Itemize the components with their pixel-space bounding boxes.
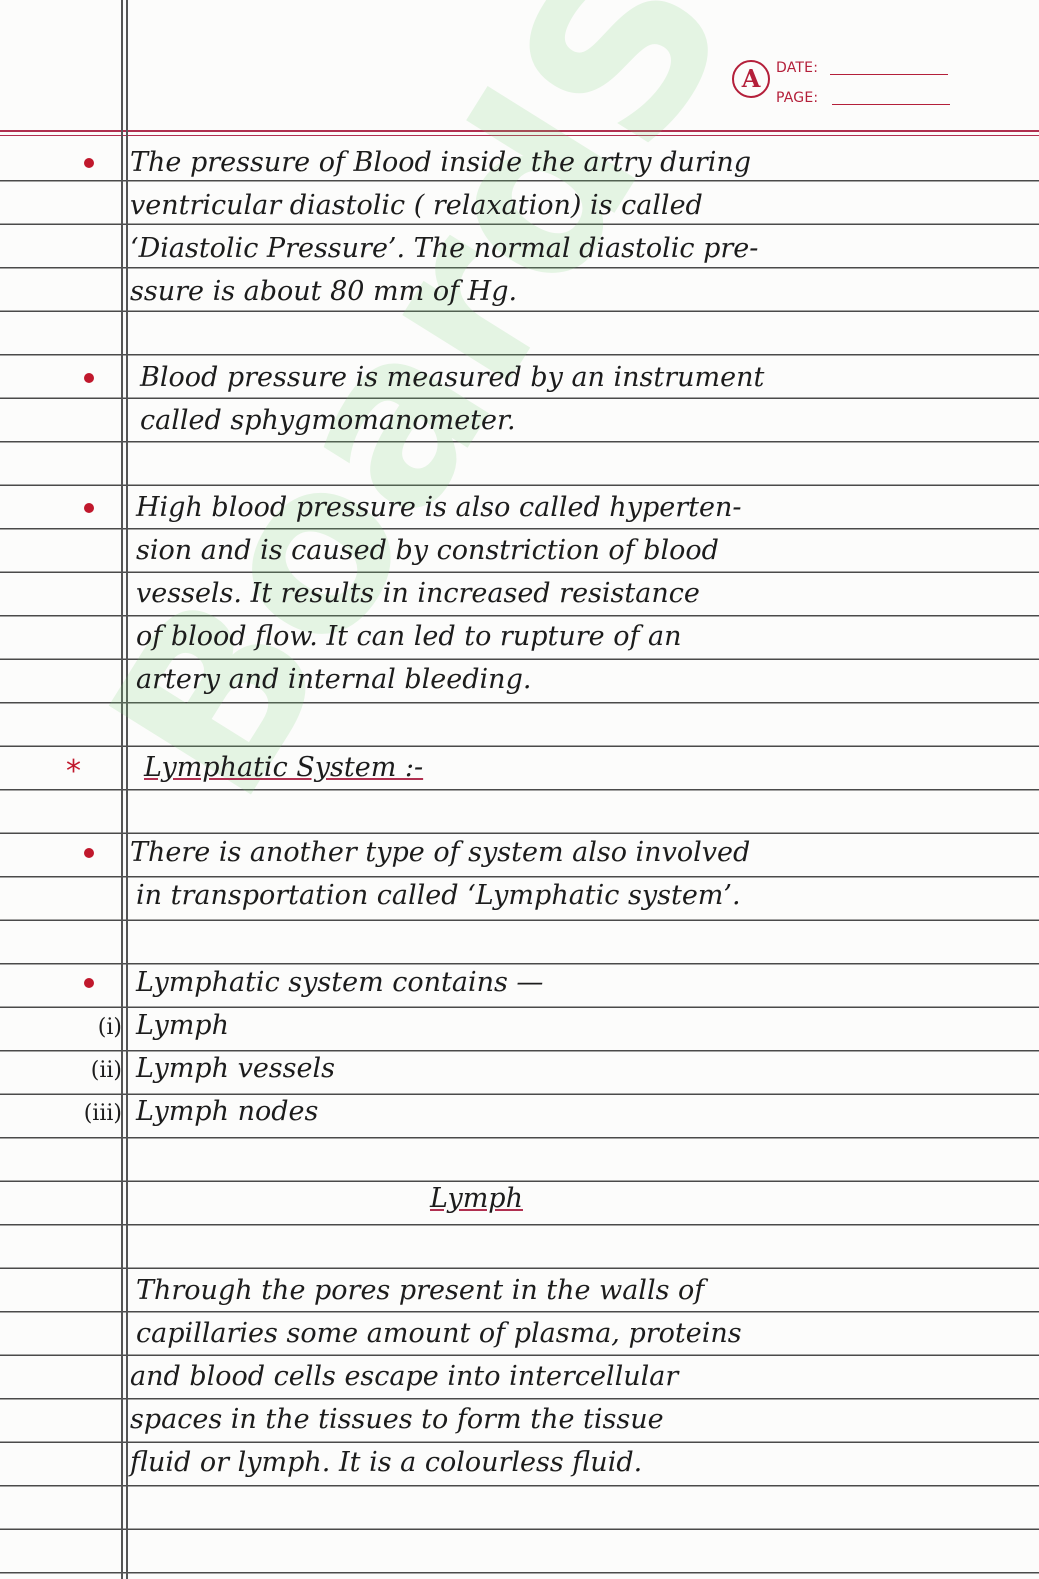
text-line: ventricular diastolic ( relaxation) is c…	[130, 191, 703, 221]
date-line	[830, 74, 948, 75]
text-line: Blood pressure is measured by an instrum…	[140, 363, 764, 393]
date-label: DATE:	[776, 60, 818, 76]
text-line: spaces in the tissues to form the tissue	[130, 1405, 664, 1435]
text-line: Through the pores present in the walls o…	[136, 1276, 704, 1306]
text-line: artery and internal bleeding.	[136, 665, 531, 695]
page-line	[832, 104, 950, 105]
text-line: sion and is caused by constriction of bl…	[136, 536, 719, 566]
text-line: called sphygmomanometer.	[140, 406, 516, 436]
text-line: There is another type of system also inv…	[130, 838, 750, 868]
brand-logo-icon: A	[732, 60, 770, 98]
margin-line-2	[126, 0, 128, 1579]
list-marker: (iii)	[62, 1101, 122, 1126]
date-page-header: A DATE: PAGE:	[732, 58, 962, 118]
text-line: ‘Diastolic Pressure’. The normal diastol…	[130, 234, 758, 264]
section-heading: Lymphatic System :-	[144, 753, 423, 783]
text-line: capillaries some amount of plasma, prote…	[136, 1319, 742, 1349]
text-line: of blood flow. It can led to rupture of …	[136, 622, 682, 652]
bullet	[84, 848, 94, 858]
text-line: and blood cells escape into intercellula…	[130, 1362, 678, 1392]
notebook-page: BoardStudy A DATE: PAGE: * (i) (ii) (iii…	[0, 0, 1039, 1579]
page-label: PAGE:	[776, 90, 818, 106]
text-line: Lymphatic system contains —	[136, 968, 543, 998]
text-line: High blood pressure is also called hyper…	[136, 493, 741, 523]
section-heading: Lymph	[430, 1184, 523, 1214]
text-line: The pressure of Blood inside the artry d…	[130, 148, 751, 178]
text-line: fluid or lymph. It is a colourless fluid…	[130, 1448, 642, 1478]
margin-line	[121, 0, 123, 1579]
text-line: in transportation called ‘Lymphatic syst…	[136, 881, 741, 911]
list-marker: (ii)	[62, 1058, 122, 1083]
bullet	[84, 373, 94, 383]
bullet	[84, 978, 94, 988]
text-line: ssure is about 80 mm of Hg.	[130, 277, 517, 307]
bullet	[84, 503, 94, 513]
text-line: vessels. It results in increased resista…	[136, 579, 700, 609]
text-line: Lymph	[136, 1011, 229, 1041]
star-marker: *	[66, 757, 81, 787]
bullet	[84, 158, 94, 168]
text-line: Lymph nodes	[136, 1097, 318, 1127]
list-marker: (i)	[62, 1015, 122, 1040]
text-line: Lymph vessels	[136, 1054, 335, 1084]
